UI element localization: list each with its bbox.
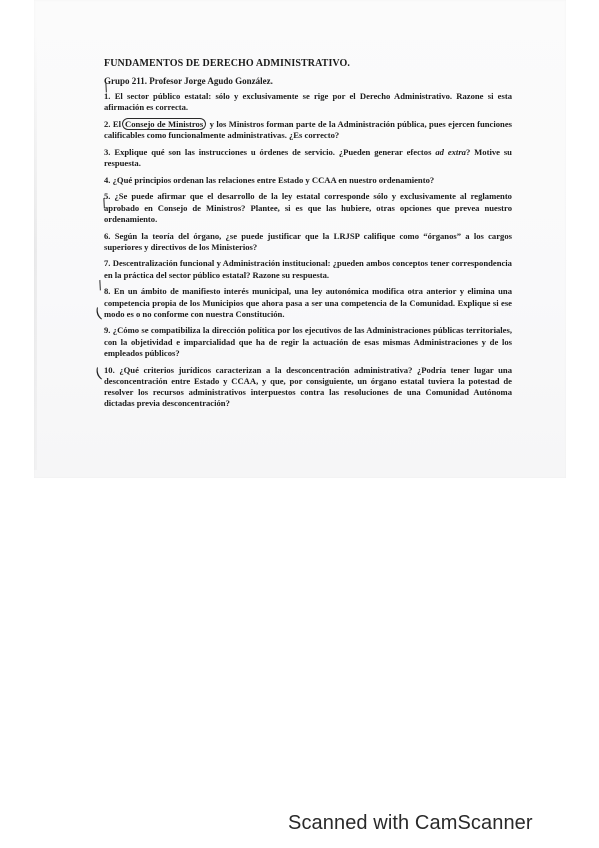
camscanner-watermark: Scanned with CamScanner [288, 812, 533, 835]
question-3: 3. Explique qué son las instrucciones u … [104, 147, 512, 169]
paper-edge-shadow [34, 30, 37, 470]
question-1: 1. El sector público estatal: sólo y exc… [104, 91, 512, 113]
question-8: 8. En un ámbito de manifiesto interés mu… [104, 286, 512, 320]
question-9: 9. ¿Cómo se compatibiliza la dirección p… [104, 325, 512, 359]
document-subtitle: Grupo 211. Profesor Jorge Agudo González… [104, 76, 512, 87]
handwritten-circle-annotation: Consejo de Ministros [122, 118, 206, 130]
document-title: FUNDAMENTOS DE DERECHO ADMINISTRATIVO. [104, 58, 512, 70]
exam-document: FUNDAMENTOS DE DERECHO ADMINISTRATIVO. G… [104, 58, 512, 415]
question-4: 4. ¿Qué principios ordenan las relacione… [104, 175, 512, 186]
question-5: 5. ¿Se puede afirmar que el desarrollo d… [104, 191, 512, 225]
question-2: 2. ElConsejo de Ministros y los Ministro… [104, 119, 512, 141]
question-10: 10. ¿Qué criterios jurídicos caracteriza… [104, 365, 512, 410]
question-6: 6. Según la teoría del órgano, ¿se puede… [104, 231, 512, 253]
question-7: 7. Descentralización funcional y Adminis… [104, 258, 512, 280]
